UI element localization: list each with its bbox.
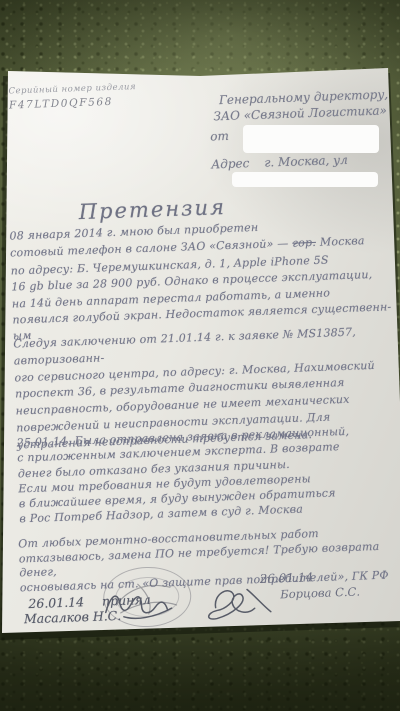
address-label: Адрес bbox=[211, 156, 250, 171]
crossed-out-word: гор. bbox=[292, 236, 316, 250]
serial-label: Серийный номер изделия bbox=[8, 82, 136, 96]
from-label: от bbox=[210, 129, 229, 144]
receiver-signature bbox=[101, 584, 176, 625]
handwriting-layer: Серийный номер изделия F47LTD0QF568 Гене… bbox=[0, 0, 400, 711]
redaction-box-name bbox=[243, 125, 379, 153]
paragraph-3: 25.01.14. Была отправлена заявка в рекла… bbox=[17, 424, 353, 527]
serial-number: F47LTD0QF568 bbox=[9, 95, 137, 111]
applicant-name: Борцова С.С. bbox=[280, 585, 360, 602]
applicant-signature bbox=[201, 582, 274, 624]
address-city: г. Москва, ул bbox=[264, 153, 348, 170]
serial-block: Серийный номер изделия F47LTD0QF568 bbox=[8, 82, 136, 111]
redaction-box-address bbox=[232, 172, 378, 187]
address-row: Адрес г. Москва, ул bbox=[211, 153, 348, 172]
p1-line2-after: Москва bbox=[320, 234, 365, 249]
document-title: Претензия bbox=[78, 195, 226, 224]
photo-of-claim-letter: Серийный номер изделия F47LTD0QF568 Гене… bbox=[0, 0, 400, 711]
